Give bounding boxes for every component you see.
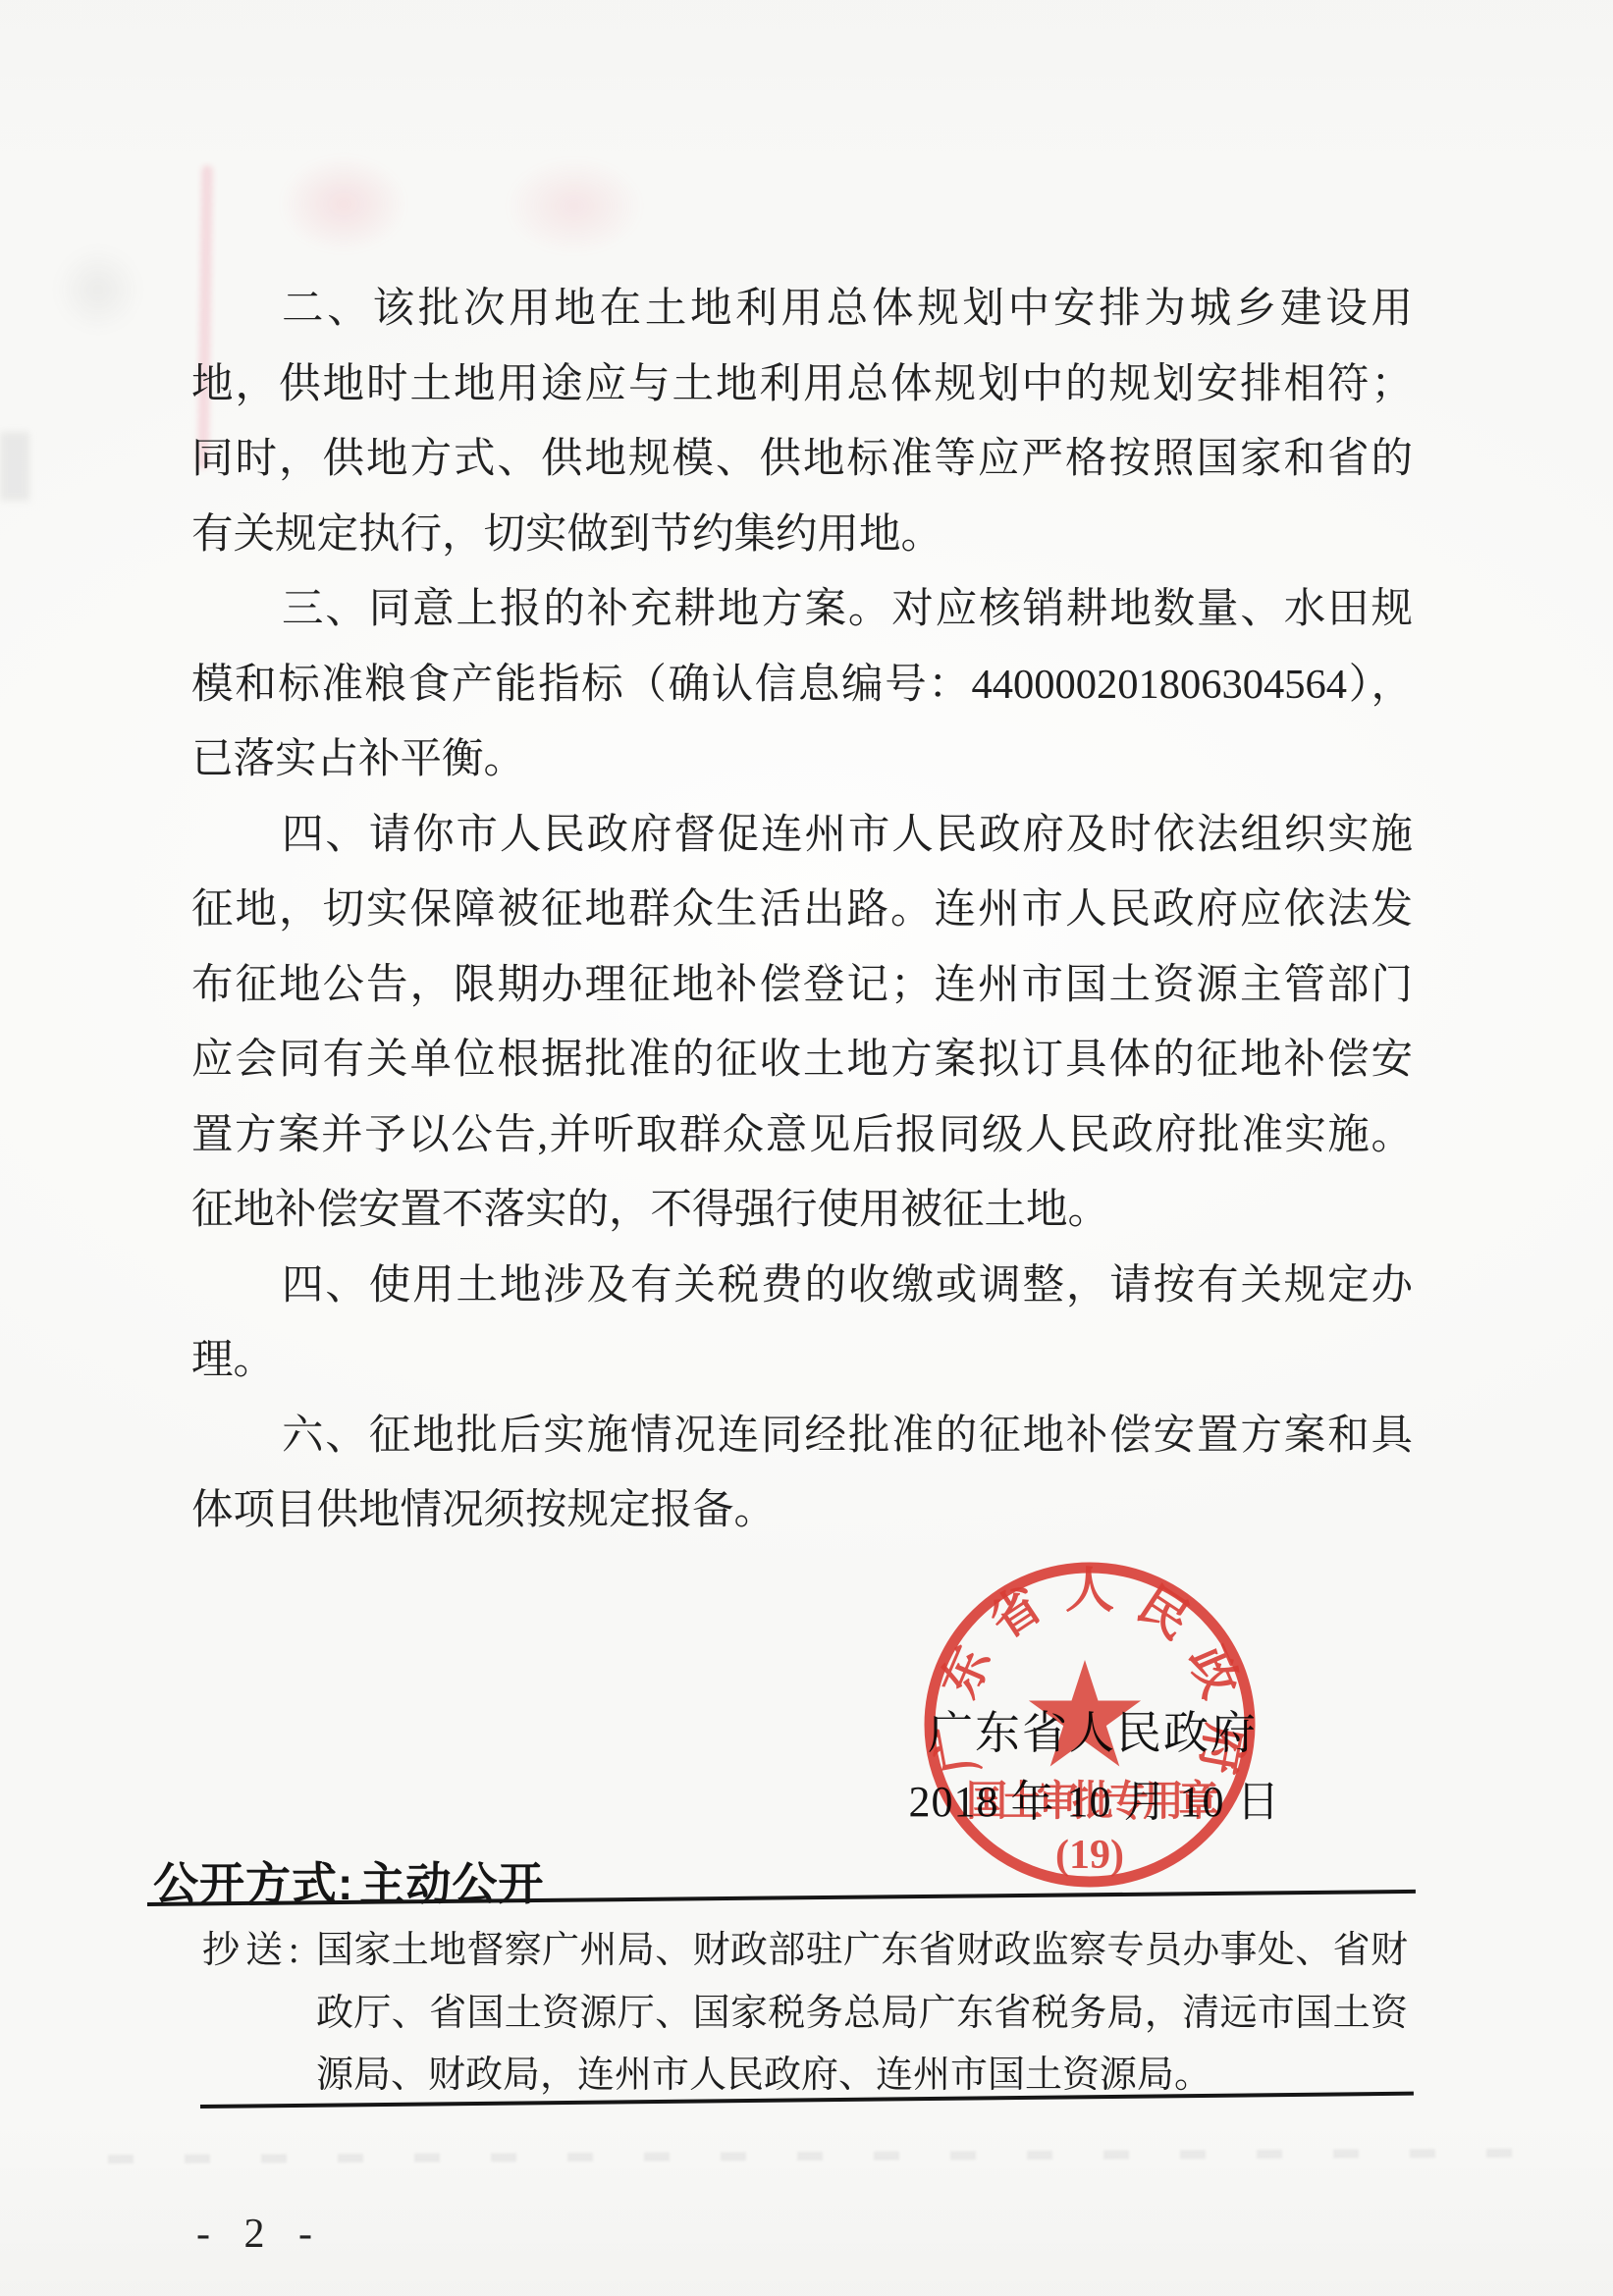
seal-star-icon bbox=[1029, 1660, 1141, 1767]
scan-artifact-speckles bbox=[108, 2149, 1512, 2163]
body-line: 征地补偿安置不落实的，不得强行使用被征土地。 bbox=[191, 1173, 1413, 1249]
scan-artifact-pink-blob bbox=[280, 155, 407, 253]
seal-number-text: (19) bbox=[1055, 1833, 1124, 1878]
body-line: 同时，供地方式、供地规模、供地标准等应严格按照国家和省的 bbox=[191, 422, 1413, 498]
scan-artifact-edge-mark bbox=[0, 432, 29, 501]
body-line: 置方案并予以公告,并听取群众意见后报同级人民政府批准实施。 bbox=[191, 1098, 1413, 1174]
cc-label: 抄送: bbox=[202, 1920, 305, 1983]
cc-line: 国家土地督察广州局、财政部驻广东省财政监察专员办事处、省财 bbox=[316, 1920, 1408, 1983]
document-page: { "document": { "paragraphs": [ { "lines… bbox=[0, 0, 1613, 2296]
body-line: 二、该批次用地在土地利用总体规划中安排为城乡建设用 bbox=[191, 272, 1413, 347]
paragraph: 四、使用土地涉及有关税费的收缴或调整，请按有关规定办 理。 bbox=[191, 1249, 1413, 1399]
body-line: 模和标准粮食产能指标（确认信息编号：440000201806304564）， bbox=[191, 648, 1413, 723]
paragraph: 六、征地批后实施情况连同经批准的征地补偿安置方案和具 体项目供地情况须按规定报备… bbox=[191, 1399, 1413, 1549]
body-line: 六、征地批后实施情况连同经批准的征地补偿安置方案和具 bbox=[191, 1399, 1413, 1474]
body-line: 应会同有关单位根据批准的征收土地方案拟订具体的征地补偿安 bbox=[191, 1023, 1413, 1098]
body-line: 四、使用土地涉及有关税费的收缴或调整，请按有关规定办 bbox=[191, 1249, 1413, 1324]
scan-artifact-gray-smudge bbox=[54, 245, 142, 334]
cc-line: 政厅、省国土资源厅、国家税务总局广东省税务局，清远市国土资 bbox=[316, 1983, 1408, 2046]
paragraph: 三、同意上报的补充耕地方案。对应核销耕地数量、水田规 模和标准粮食产能指标（确认… bbox=[191, 572, 1413, 798]
seal-center-text: 国土审批专用章 bbox=[966, 1778, 1218, 1825]
paragraph: 四、请你市人民政府督促连州市人民政府及时依法组织实施 征地，切实保障被征地群众生… bbox=[191, 798, 1413, 1249]
scan-artifact-pink-blob bbox=[506, 157, 643, 255]
body-line: 地，供地时土地用途应与土地利用总体规划中的规划安排相符； bbox=[191, 347, 1413, 423]
page-number: - 2 - bbox=[196, 2211, 324, 2258]
cc-block: 抄送: 国家土地督察广州局、财政部驻广东省财政监察专员办事处、省财 政厅、省国土… bbox=[202, 1920, 1522, 2108]
body-line: 四、请你市人民政府督促连州市人民政府及时依法组织实施 bbox=[191, 798, 1413, 874]
body-line: 有关规定执行，切实做到节约集约用地。 bbox=[191, 498, 1413, 573]
body-line: 理。 bbox=[191, 1323, 1413, 1399]
document-body: 二、该批次用地在土地利用总体规划中安排为城乡建设用 地，供地时土地用途应与土地利… bbox=[191, 272, 1413, 1549]
seal-arc-text: 广东省人民政府 bbox=[926, 1563, 1254, 1778]
body-line: 已落实占补平衡。 bbox=[191, 722, 1413, 798]
body-line: 布征地公告，限期办理征地补偿登记；连州市国土资源主管部门 bbox=[191, 948, 1413, 1024]
body-line: 征地，切实保障被征地群众生活出路。连州市人民政府应依法发 bbox=[191, 873, 1413, 948]
paragraph: 二、该批次用地在土地利用总体规划中安排为城乡建设用 地，供地时土地用途应与土地利… bbox=[191, 272, 1413, 572]
svg-text:广东省人民政府: 广东省人民政府 bbox=[926, 1563, 1254, 1778]
body-line: 三、同意上报的补充耕地方案。对应核销耕地数量、水田规 bbox=[191, 572, 1413, 648]
official-seal: 广东省人民政府 国土审批专用章 (19) bbox=[903, 1536, 1276, 1914]
